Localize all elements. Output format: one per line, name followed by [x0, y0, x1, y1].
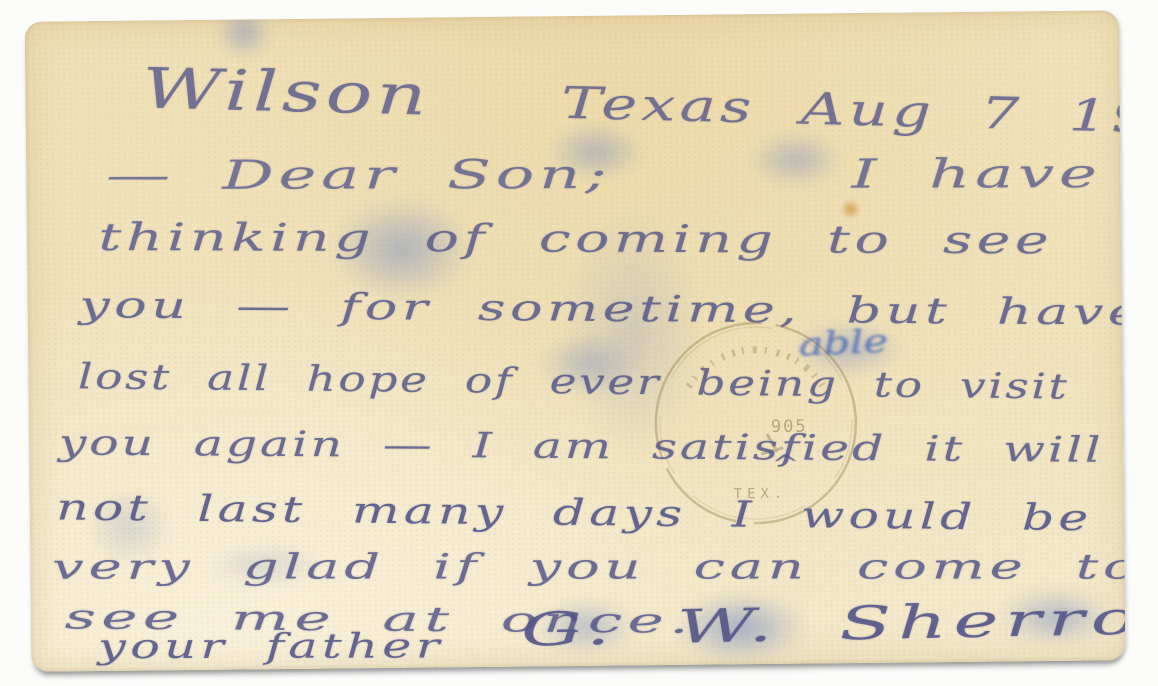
- salutation: — Dear Son;: [106, 152, 611, 199]
- body-line-6: very glad if you can come to: [52, 547, 1125, 587]
- signature: G. W. Sherrod: [521, 590, 1126, 657]
- scanner-background: 905 TEX. WilsonTexas Aug 7 1905 ~ — Dear…: [0, 0, 1158, 686]
- rust-stain: [840, 199, 862, 219]
- body-line-4: you again — I am satisfied it will: [59, 423, 1104, 470]
- ink-smudge: [216, 10, 272, 60]
- closing: your father: [98, 626, 444, 667]
- dateline: WilsonTexas Aug 7 1905 ~: [141, 57, 1125, 151]
- body-line-1: thinking of coming to see: [99, 215, 1054, 262]
- postcard-paper: 905 TEX. WilsonTexas Aug 7 1905 ~ — Dear…: [25, 10, 1126, 671]
- inserted-word-smudged: able: [798, 322, 889, 364]
- dateline-date: Texas Aug 7 1905 ~: [561, 78, 1126, 148]
- salutation-continuation: I have been: [851, 151, 1125, 198]
- body-line-2: you — for sometime, but have: [79, 285, 1125, 333]
- body-line-5: not last many days I would be: [56, 487, 1093, 539]
- salutation-line: — Dear Son;I have been: [106, 151, 1125, 199]
- body-line-3: lost all hope of ever being to visit: [78, 357, 1070, 407]
- dateline-place: Wilson: [141, 57, 431, 129]
